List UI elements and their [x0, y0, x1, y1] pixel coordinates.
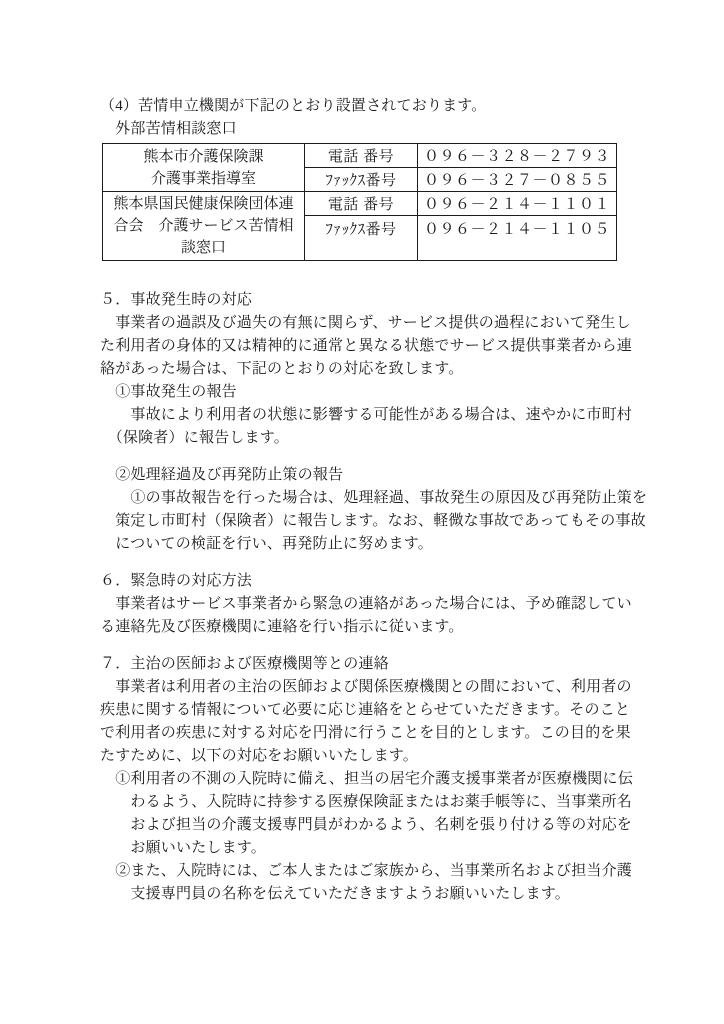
text-line: （4）苦情申立機関が下記のとおり設置されております。: [100, 95, 634, 118]
fax-label-cell: ﾌｧｯｸｽ番号: [305, 168, 418, 192]
text-line: 絡があった場合は、下記のとおりの対応を致します。: [100, 358, 634, 381]
text-line: ②また、入院時には、ご本人またはご家族から、当事業所名および担当介護: [100, 860, 634, 883]
fax-number-cell: ０９６－３２７－０８５５: [418, 168, 617, 192]
phone-label-cell: 電話 番号: [305, 144, 418, 168]
text-line: （保険者）に報告します。: [100, 427, 634, 450]
org-line: 熊本県国民健康保険団体連: [105, 193, 302, 215]
text-line: ①の事故報告を行った場合は、処理経過、事故発生の原因及び再発防止策を: [100, 487, 634, 510]
text-line: [100, 450, 634, 464]
phone-number-cell: ０９６－２１４－１１０１: [418, 192, 617, 216]
text-line: ６．緊急時の対応方法: [100, 570, 634, 593]
org-cell-kumamoto-city: 熊本市介護保険課 介護事業指導室: [103, 144, 305, 192]
org-line: 談窓口: [105, 237, 302, 259]
text-line: ①事故発生の報告: [100, 381, 634, 404]
text-line: および担当の介護支援専門員がわかるよう、名刺を張り付ける等の対応を: [100, 814, 634, 837]
text-line: についての検証を行い、再発防止に努めます。: [100, 533, 634, 556]
org-line: 介護事業指導室: [105, 168, 302, 190]
text-line: 支援専門員の名称を伝えていただきますようお願いいたします。: [100, 883, 634, 906]
text-line: 事業者は利用者の主治の医師および関係医療機関との間において、利用者の: [100, 676, 634, 699]
org-cell-kokuho-rengokai: 熊本県国民健康保険団体連 合会 介護サービス苦情相 談窓口: [103, 192, 305, 261]
text-line: [100, 639, 634, 653]
fax-number-cell: ０９６－２１４－１１０５: [418, 216, 617, 261]
intro-paragraph: （4）苦情申立機関が下記のとおり設置されております。 外部苦情相談窓口: [100, 95, 634, 141]
text-line: 策定し市町村（保険者）に報告します。なお、軽微な事故であってもその事故: [100, 510, 634, 533]
document-body: ５．事故発生時の対応 事業者の過誤及び過失の有無に関らず、サービス提供の過程にお…: [100, 289, 634, 906]
text-line: ７．主治の医師および医療機関等との連絡: [100, 653, 634, 676]
text-line: 外部苦情相談窓口: [100, 118, 634, 141]
document-page: （4）苦情申立機関が下記のとおり設置されております。 外部苦情相談窓口 熊本市介…: [0, 0, 724, 1024]
text-line: わるよう、入院時に持参する医療保険証またはお薬手帳等に、当事業所名: [100, 791, 634, 814]
text-line: 事業者の過誤及び過失の有無に関らず、サービス提供の過程において発生し: [100, 312, 634, 335]
org-line: 合会 介護サービス苦情相: [105, 215, 302, 237]
text-line: で利用者の疾患に対する対応を円滑に行うことを目的とします。この目的を果: [100, 722, 634, 745]
text-line: たすために、以下の対応をお願いいたします。: [100, 745, 634, 768]
text-line: ５．事故発生時の対応: [100, 289, 634, 312]
text-line: 事業者はサービス事業者から緊急の連絡があった場合には、予め確認してい: [100, 593, 634, 616]
text-line: ①利用者の不測の入院時に備え、担当の居宅介護支援事業者が医療機関に伝: [100, 768, 634, 791]
fax-label-cell: ﾌｧｯｸｽ番号: [305, 216, 418, 261]
phone-label-cell: 電話 番号: [305, 192, 418, 216]
text-line: た利用者の身体的又は精神的に通常と異なる状態でサービス提供事業者から連: [100, 335, 634, 358]
org-line: 熊本市介護保険課: [105, 146, 302, 168]
text-line: [100, 556, 634, 570]
text-line: る連絡先及び医療機関に連絡を行い指示に従います。: [100, 616, 634, 639]
text-line: 疾患に関する情報について必要に応じ連絡をとらせていただきます。そのこと: [100, 699, 634, 722]
text-line: お願いいたします。: [100, 837, 634, 860]
phone-number-cell: ０９６－３２８－２７９３: [418, 144, 617, 168]
complaint-contact-table: 熊本市介護保険課 介護事業指導室 電話 番号 ０９６－３２８－２７９３ ﾌｧｯｸ…: [102, 143, 617, 261]
text-line: ②処理経過及び再発防止策の報告: [100, 464, 634, 487]
text-line: 事故により利用者の状態に影響する可能性がある場合は、速やかに市町村: [100, 404, 634, 427]
